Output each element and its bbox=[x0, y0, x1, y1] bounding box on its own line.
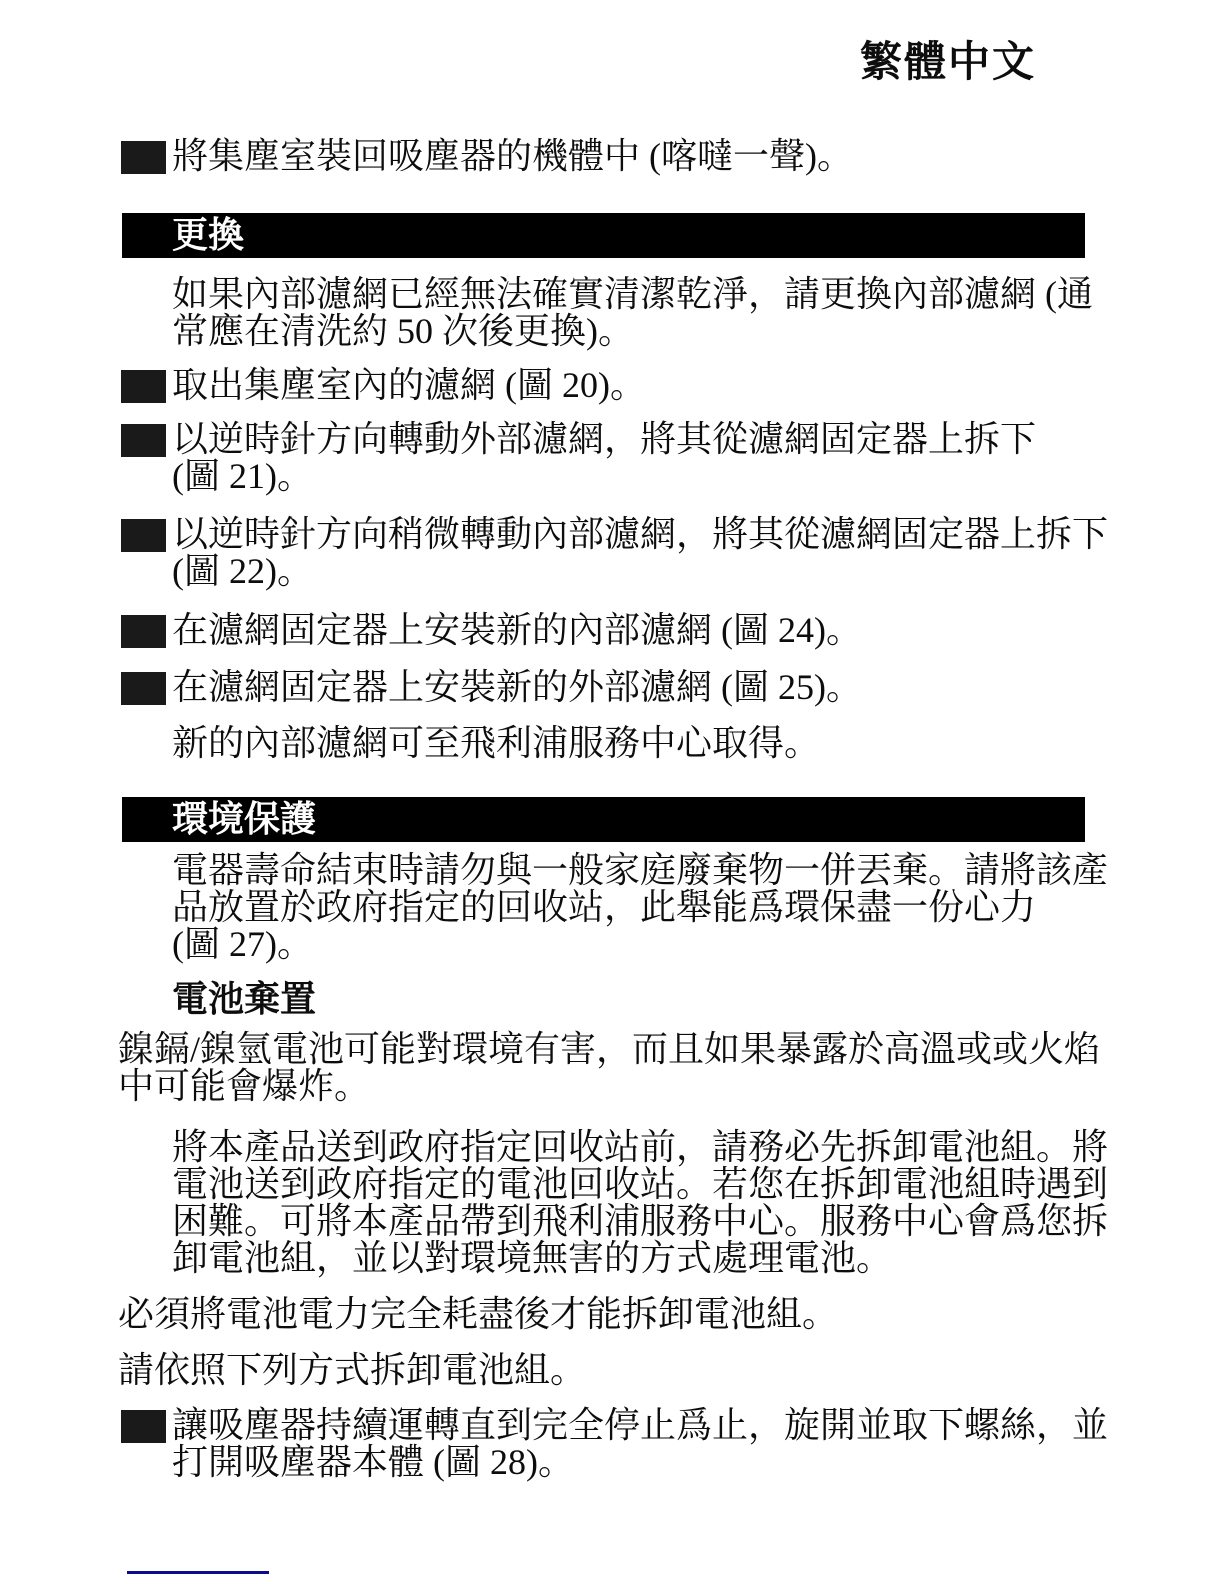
instruction-step: 取出集塵室內的濾網 (圖 20)。 bbox=[121, 367, 1117, 404]
manual-page: 繁體中文 將集塵室裝回吸塵器的機體中 (喀噠一聲)。 更換 如果內部濾網已經無法… bbox=[0, 0, 1224, 1584]
step-bullet-icon bbox=[121, 519, 166, 552]
paragraph-battery-drain-note: 必須將電池電力完全耗盡後才能拆卸電池組。 bbox=[118, 1296, 1110, 1333]
paragraph-environment: 電器壽命結束時請勿與一般家庭廢棄物一併丟棄。請將該產品放置於政府指定的回收站，此… bbox=[172, 852, 1117, 963]
paragraph-battery-follow-note: 請依照下列方式拆卸電池組。 bbox=[118, 1352, 1110, 1389]
step-text: 在濾網固定器上安裝新的外部濾網 (圖 25)。 bbox=[172, 669, 1117, 706]
step-text: 在濾網固定器上安裝新的內部濾網 (圖 24)。 bbox=[172, 612, 1117, 649]
section-title: 環境保護 bbox=[172, 799, 316, 839]
section-bar-replace: 更換 bbox=[122, 213, 1085, 258]
paragraph-replace-intro: 如果內部濾網已經無法確實清潔乾淨，請更換內部濾網 (通常應在清洗約 50 次後更… bbox=[172, 276, 1117, 350]
battery-disposal-heading: 電池棄置 bbox=[172, 981, 316, 1018]
instruction-step: 以逆時針方向稍微轉動內部濾網，將其從濾網固定器上拆下 (圖 22)。 bbox=[121, 516, 1117, 590]
language-header: 繁體中文 bbox=[860, 40, 1036, 86]
instruction-step: 以逆時針方向轉動外部濾網，將其從濾網固定器上拆下 (圖 21)。 bbox=[121, 421, 1117, 495]
instruction-step: 將集塵室裝回吸塵器的機體中 (喀噠一聲)。 bbox=[121, 138, 1117, 175]
instruction-step: 在濾網固定器上安裝新的內部濾網 (圖 24)。 bbox=[121, 612, 1117, 649]
paragraph-battery-instructions: 將本產品送到政府指定回收站前，請務必先拆卸電池組。將電池送到政府指定的電池回收站… bbox=[172, 1129, 1117, 1277]
instruction-step: 在濾網固定器上安裝新的外部濾網 (圖 25)。 bbox=[121, 669, 1117, 706]
step-bullet-icon bbox=[121, 424, 166, 457]
step-bullet-icon bbox=[121, 1410, 166, 1443]
step-text: 取出集塵室內的濾網 (圖 20)。 bbox=[172, 367, 1117, 404]
step-text: 以逆時針方向稍微轉動內部濾網，將其從濾網固定器上拆下 (圖 22)。 bbox=[172, 516, 1117, 590]
instruction-step: 讓吸塵器持續運轉直到完全停止爲止，旋開並取下螺絲，並打開吸塵器本體 (圖 28)… bbox=[121, 1407, 1117, 1481]
step-text: 以逆時針方向轉動外部濾網，將其從濾網固定器上拆下 (圖 21)。 bbox=[172, 421, 1117, 495]
step-bullet-icon bbox=[121, 141, 166, 174]
footer-rule bbox=[127, 1571, 269, 1574]
step-bullet-icon bbox=[121, 672, 166, 705]
step-bullet-icon bbox=[121, 615, 166, 648]
section-bar-environment: 環境保護 bbox=[122, 797, 1085, 842]
step-bullet-icon bbox=[121, 370, 166, 403]
paragraph-battery-warning: 鎳鎘/鎳氫電池可能對環境有害，而且如果暴露於高溫或或火焰中可能會爆炸。 bbox=[118, 1031, 1110, 1105]
step-text: 讓吸塵器持續運轉直到完全停止爲止，旋開並取下螺絲，並打開吸塵器本體 (圖 28)… bbox=[172, 1407, 1117, 1481]
section-title: 更換 bbox=[172, 215, 244, 255]
paragraph-replace-note: 新的內部濾網可至飛利浦服務中心取得。 bbox=[172, 725, 1117, 762]
step-text: 將集塵室裝回吸塵器的機體中 (喀噠一聲)。 bbox=[172, 138, 1117, 175]
